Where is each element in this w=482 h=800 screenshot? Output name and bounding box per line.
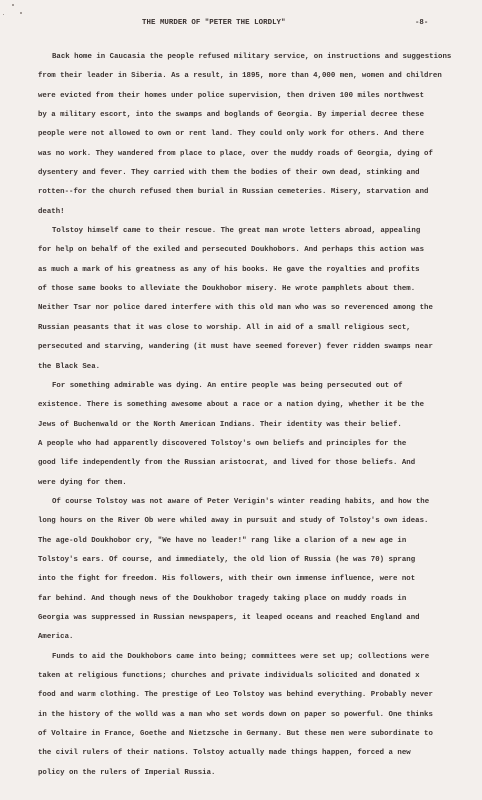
text-line: from their leader in Siberia. As a resul… [38, 67, 478, 86]
text-line: far behind. And though news of the Doukh… [38, 590, 478, 609]
text-line: death! [38, 203, 478, 222]
page-header: THE MURDER OF "PETER THE LORDLY" -8- [0, 19, 482, 33]
text-line: existence. There is something awesome ab… [38, 396, 478, 415]
text-line: A people who had apparently discovered T… [38, 435, 478, 454]
typewritten-page: THE MURDER OF "PETER THE LORDLY" -8- Bac… [0, 0, 482, 800]
text-line: the Black Sea. [38, 358, 478, 377]
text-line: into the fight for freedom. His follower… [38, 570, 478, 589]
text-line: Funds to aid the Doukhobors came into be… [38, 648, 478, 667]
text-line: America. [38, 628, 478, 647]
text-line: were dying for them. [38, 474, 478, 493]
text-line: Neither Tsar nor police dared interfere … [38, 299, 478, 318]
text-line: food and warm clothing. The prestige of … [38, 686, 478, 705]
text-line: Georgia was suppressed in Russian newspa… [38, 609, 478, 628]
text-line: Tolstoy's ears. Of course, and immediate… [38, 551, 478, 570]
text-line: Of course Tolstoy was not aware of Peter… [38, 493, 478, 512]
text-line: people were not allowed to own or rent l… [38, 125, 478, 144]
text-line: The age-old Doukhobor cry, "We have no l… [38, 532, 478, 551]
text-line: of Voltaire in France, Goethe and Nietzs… [38, 725, 478, 744]
text-line: Back home in Caucasia the people refused… [38, 48, 478, 67]
text-line: Jews of Buchenwald or the North American… [38, 416, 478, 435]
page-number: -8- [415, 19, 428, 27]
text-line: rotten--for the church refused them buri… [38, 183, 478, 202]
text-line: good life independently from the Russian… [38, 454, 478, 473]
text-line: policy on the rulers of Imperial Russia. [38, 764, 478, 783]
text-line: taken at religious functions; churches a… [38, 667, 478, 686]
paper-speck [3, 14, 4, 15]
text-line: of those same books to alleviate the Dou… [38, 280, 478, 299]
text-line: as much a mark of his greatness as any o… [38, 261, 478, 280]
text-line: the civil rulers of their nations. Tolst… [38, 744, 478, 763]
text-line: dysentery and fever. They carried with t… [38, 164, 478, 183]
text-line: in the history of the wolld was a man wh… [38, 706, 478, 725]
text-line: Tolstoy himself came to their rescue. Th… [38, 222, 478, 241]
text-line: persecuted and starving, wandering (it m… [38, 338, 478, 357]
text-line: by a military escort, into the swamps an… [38, 106, 478, 125]
running-title: THE MURDER OF "PETER THE LORDLY" [142, 19, 286, 27]
text-line: long hours on the River Ob were whiled a… [38, 512, 478, 531]
text-line: Russian peasants that it was close to wo… [38, 319, 478, 338]
paper-speck [20, 12, 22, 14]
text-line: were evicted from their homes under poli… [38, 87, 478, 106]
text-line: for help on behalf of the exiled and per… [38, 241, 478, 260]
paper-speck [12, 4, 14, 6]
text-line: For something admirable was dying. An en… [38, 377, 478, 396]
document-body: Back home in Caucasia the people refused… [38, 48, 478, 783]
text-line: was no work. They wandered from place to… [38, 145, 478, 164]
